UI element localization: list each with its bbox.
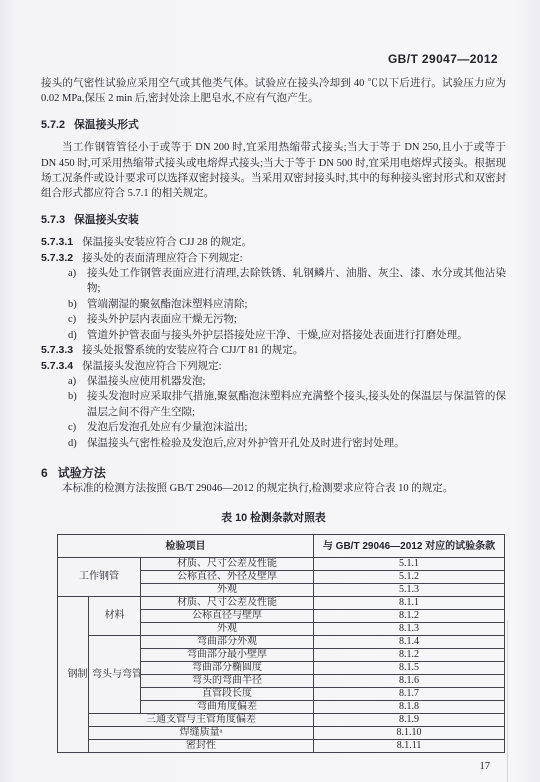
list-item-label: c) xyxy=(68,420,87,435)
clause-cell: 8.1.2 xyxy=(314,649,505,662)
page-number: 17 xyxy=(41,759,506,774)
clause-cell: 8.1.11 xyxy=(314,740,505,753)
item-cell: 外观 xyxy=(141,584,314,597)
clause-cell: 8.1.2 xyxy=(314,610,505,623)
standard-number-header: GB/T 29047—2012 xyxy=(388,52,498,67)
heading-6-test-methods: 6试验方法 xyxy=(41,466,506,481)
page-content: 接头的气密性试验应采用空气或其他类气体。试验应在接头冷却到 40 ℃以下后进行。… xyxy=(41,76,506,775)
clause-cell: 8.1.8 xyxy=(314,701,505,714)
table-row: 三通支管与主管角度偏差 8.1.9 xyxy=(58,714,505,727)
item-cell: 外观 xyxy=(141,623,314,636)
list-item-label: a) xyxy=(68,266,87,297)
group-cell-material: 材料 xyxy=(89,597,141,636)
list-item: d) 管道外护管表面与接头外护层搭接处应干净、干燥,应对搭接处表面进行打磨处理。 xyxy=(41,328,506,343)
clause-5-7-3-1: 5.7.3.1保温接头安装应符合 CJJ 28 的规定。 xyxy=(41,235,506,250)
clause-text: 保温接头发泡应符合下列规定: xyxy=(82,361,221,372)
item-cell: 密封性 xyxy=(89,740,314,753)
paragraph-test-method: 本标准的检测方法按照 GB/T 29046—2012 的规定执行,检测要求应符合… xyxy=(41,481,506,496)
clause-text: 接头处报警系统的安装应符合 CJJ/T 81 的规定。 xyxy=(82,345,303,356)
table-row: 弯头与弯管 弯曲部分外观 8.1.4 xyxy=(58,636,505,649)
item-cell: 弯曲部分椭圆度 xyxy=(141,662,314,675)
clause-cell: 8.1.6 xyxy=(314,675,505,688)
clause-cell: 5.1.1 xyxy=(314,558,505,571)
table-10-inspection-clauses: 检验项目 与 GB/T 29046—2012 对应的试验条款 工作钢管 材质、尺… xyxy=(57,534,505,753)
item-cell: 材质、尺寸公差及性能 xyxy=(141,597,314,610)
list-item: a) 保温接头应使用机器发泡; xyxy=(41,374,506,389)
clause-number: 5.7.3.1 xyxy=(41,236,73,248)
clause-number: 6 xyxy=(41,466,48,480)
header-cell-clause: 与 GB/T 29046—2012 对应的试验条款 xyxy=(314,535,505,558)
group-label-vertical: 钢制管件 xyxy=(68,661,79,688)
list-item: d) 保温接头气密性检验及发泡后,应对外护管开孔处及时进行密封处理。 xyxy=(41,436,506,451)
list-item: c) 发泡后发泡孔处应有少量泡沫溢出; xyxy=(41,420,506,435)
list-item-label: b) xyxy=(68,389,87,420)
list-item-label: d) xyxy=(68,436,87,451)
clause-number: 5.7.3 xyxy=(41,214,65,226)
list-item: b) 接头发泡时应采取排气措施,聚氨酯泡沫塑料应充满整个接头,接头处的保温层与保… xyxy=(41,389,506,420)
header-cell-item: 检验项目 xyxy=(58,535,314,558)
clause-text: 保温接头安装应符合 CJJ 28 的规定。 xyxy=(82,237,252,248)
clause-number: 5.7.3.3 xyxy=(41,344,73,356)
paragraph-airtightness: 接头的气密性试验应采用空气或其他类气体。试验应在接头冷却到 40 ℃以下后进行。… xyxy=(41,76,506,107)
list-item-label: c) xyxy=(68,312,87,327)
item-cell: 材质、尺寸公差及性能 xyxy=(141,558,314,571)
clause-cell: 8.1.9 xyxy=(314,714,505,727)
item-cell: 直管段长度 xyxy=(141,688,314,701)
clause-cell: 5.1.3 xyxy=(314,584,505,597)
clause-cell: 8.1.4 xyxy=(314,636,505,649)
item-cell: 弯曲角度偏差 xyxy=(141,701,314,714)
heading-5-7-3: 5.7.3保温接头安装 xyxy=(41,213,506,228)
table-row: 密封性 8.1.11 xyxy=(58,740,505,753)
table-header-row: 检验项目 与 GB/T 29046—2012 对应的试验条款 xyxy=(58,535,505,558)
list-item-text: 接头发泡时应采取排气措施,聚氨酯泡沫塑料应充满整个接头,接头处的保温层与保温管的… xyxy=(87,389,506,420)
paragraph-joint-forms: 当工作钢管管径小于或等于 DN 200 时,宜采用热缩带式接头;当大于等于 DN… xyxy=(41,140,506,202)
clause-cell: 8.1.3 xyxy=(314,623,505,636)
table-row: 钢制管件 材料 材质、尺寸公差及性能 8.1.1 xyxy=(58,597,505,610)
list-item-text: 管道外护管表面与接头外护层搭接处应干净、干燥,应对搭接处表面进行打磨处理。 xyxy=(87,328,506,343)
group-cell-elbow-bend: 弯头与弯管 xyxy=(89,636,141,714)
clause-title: 保温接头形式 xyxy=(74,119,139,131)
item-cell: 三通支管与主管角度偏差 xyxy=(89,714,314,727)
clause-5-7-3-3: 5.7.3.3接头处报警系统的安装应符合 CJJ/T 81 的规定。 xyxy=(41,343,506,358)
clause-cell: 5.1.2 xyxy=(314,571,505,584)
table-row: 工作钢管 材质、尺寸公差及性能 5.1.1 xyxy=(58,558,505,571)
item-cell: 公称直径、外径及壁厚 xyxy=(141,571,314,584)
list-item-text: 保温接头应使用机器发泡; xyxy=(87,374,506,389)
item-cell: 公称直径与壁厚 xyxy=(141,610,314,623)
list-item-text: 接头处工作钢管表面应进行清理,去除铁锈、轧钢鳞片、油脂、灰尘、漆、水分或其他沾染… xyxy=(87,266,506,297)
item-cell: 弯曲部分最小壁厚 xyxy=(141,649,314,662)
clause-5-7-3-2: 5.7.3.2接头处的表面清理应符合下列规定: xyxy=(41,251,506,266)
group-cell-work-pipe: 工作钢管 xyxy=(58,558,141,597)
list-item-label: b) xyxy=(68,297,87,312)
list-item-label: a) xyxy=(68,374,87,389)
group-cell-steel-fittings: 钢制管件 xyxy=(58,597,89,753)
scan-edge-shadow xyxy=(507,620,508,782)
list-item: c) 接头外护层内表面应干燥无污物; xyxy=(41,312,506,327)
list-item-text: 接头外护层内表面应干燥无污物; xyxy=(87,312,506,327)
clause-cell: 8.1.10 xyxy=(314,727,505,740)
document-page: GB/T 29047—2012 接头的气密性试验应采用空气或其他类气体。试验应在… xyxy=(0,0,540,782)
clause-5-7-3-4: 5.7.3.4保温接头发泡应符合下列规定: xyxy=(41,359,506,374)
list-item-text: 发泡后发泡孔处应有少量泡沫溢出; xyxy=(87,420,506,435)
item-cell: 焊缝质量ᵃ xyxy=(89,727,314,740)
table-row: 焊缝质量ᵃ 8.1.10 xyxy=(58,727,505,740)
clause-cell: 8.1.1 xyxy=(314,597,505,610)
clause-number: 5.7.3.4 xyxy=(41,360,73,372)
clause-cell: 8.1.7 xyxy=(314,688,505,701)
list-item: a) 接头处工作钢管表面应进行清理,去除铁锈、轧钢鳞片、油脂、灰尘、漆、水分或其… xyxy=(41,266,506,297)
list-item-label: d) xyxy=(68,328,87,343)
clause-cell: 8.1.5 xyxy=(314,662,505,675)
list-item-text: 管端潮湿的聚氨酯泡沫塑料应清除; xyxy=(87,297,506,312)
item-cell: 弯曲部分外观 xyxy=(141,636,314,649)
clause-text: 接头处的表面清理应符合下列规定: xyxy=(82,253,242,264)
clause-title: 保温接头安装 xyxy=(74,214,139,226)
clause-title: 试验方法 xyxy=(58,466,106,480)
clause-number: 5.7.3.2 xyxy=(41,252,73,264)
clause-number: 5.7.2 xyxy=(41,119,65,131)
table-10-caption: 表 10 检测条款对照表 xyxy=(41,511,506,526)
list-item-text: 保温接头气密性检验及发泡后,应对外护管开孔处及时进行密封处理。 xyxy=(87,436,506,451)
heading-5-7-2: 5.7.2保温接头形式 xyxy=(41,118,506,133)
list-item: b) 管端潮湿的聚氨酯泡沫塑料应清除; xyxy=(41,297,506,312)
item-cell: 弯头的弯曲半径 xyxy=(141,675,314,688)
